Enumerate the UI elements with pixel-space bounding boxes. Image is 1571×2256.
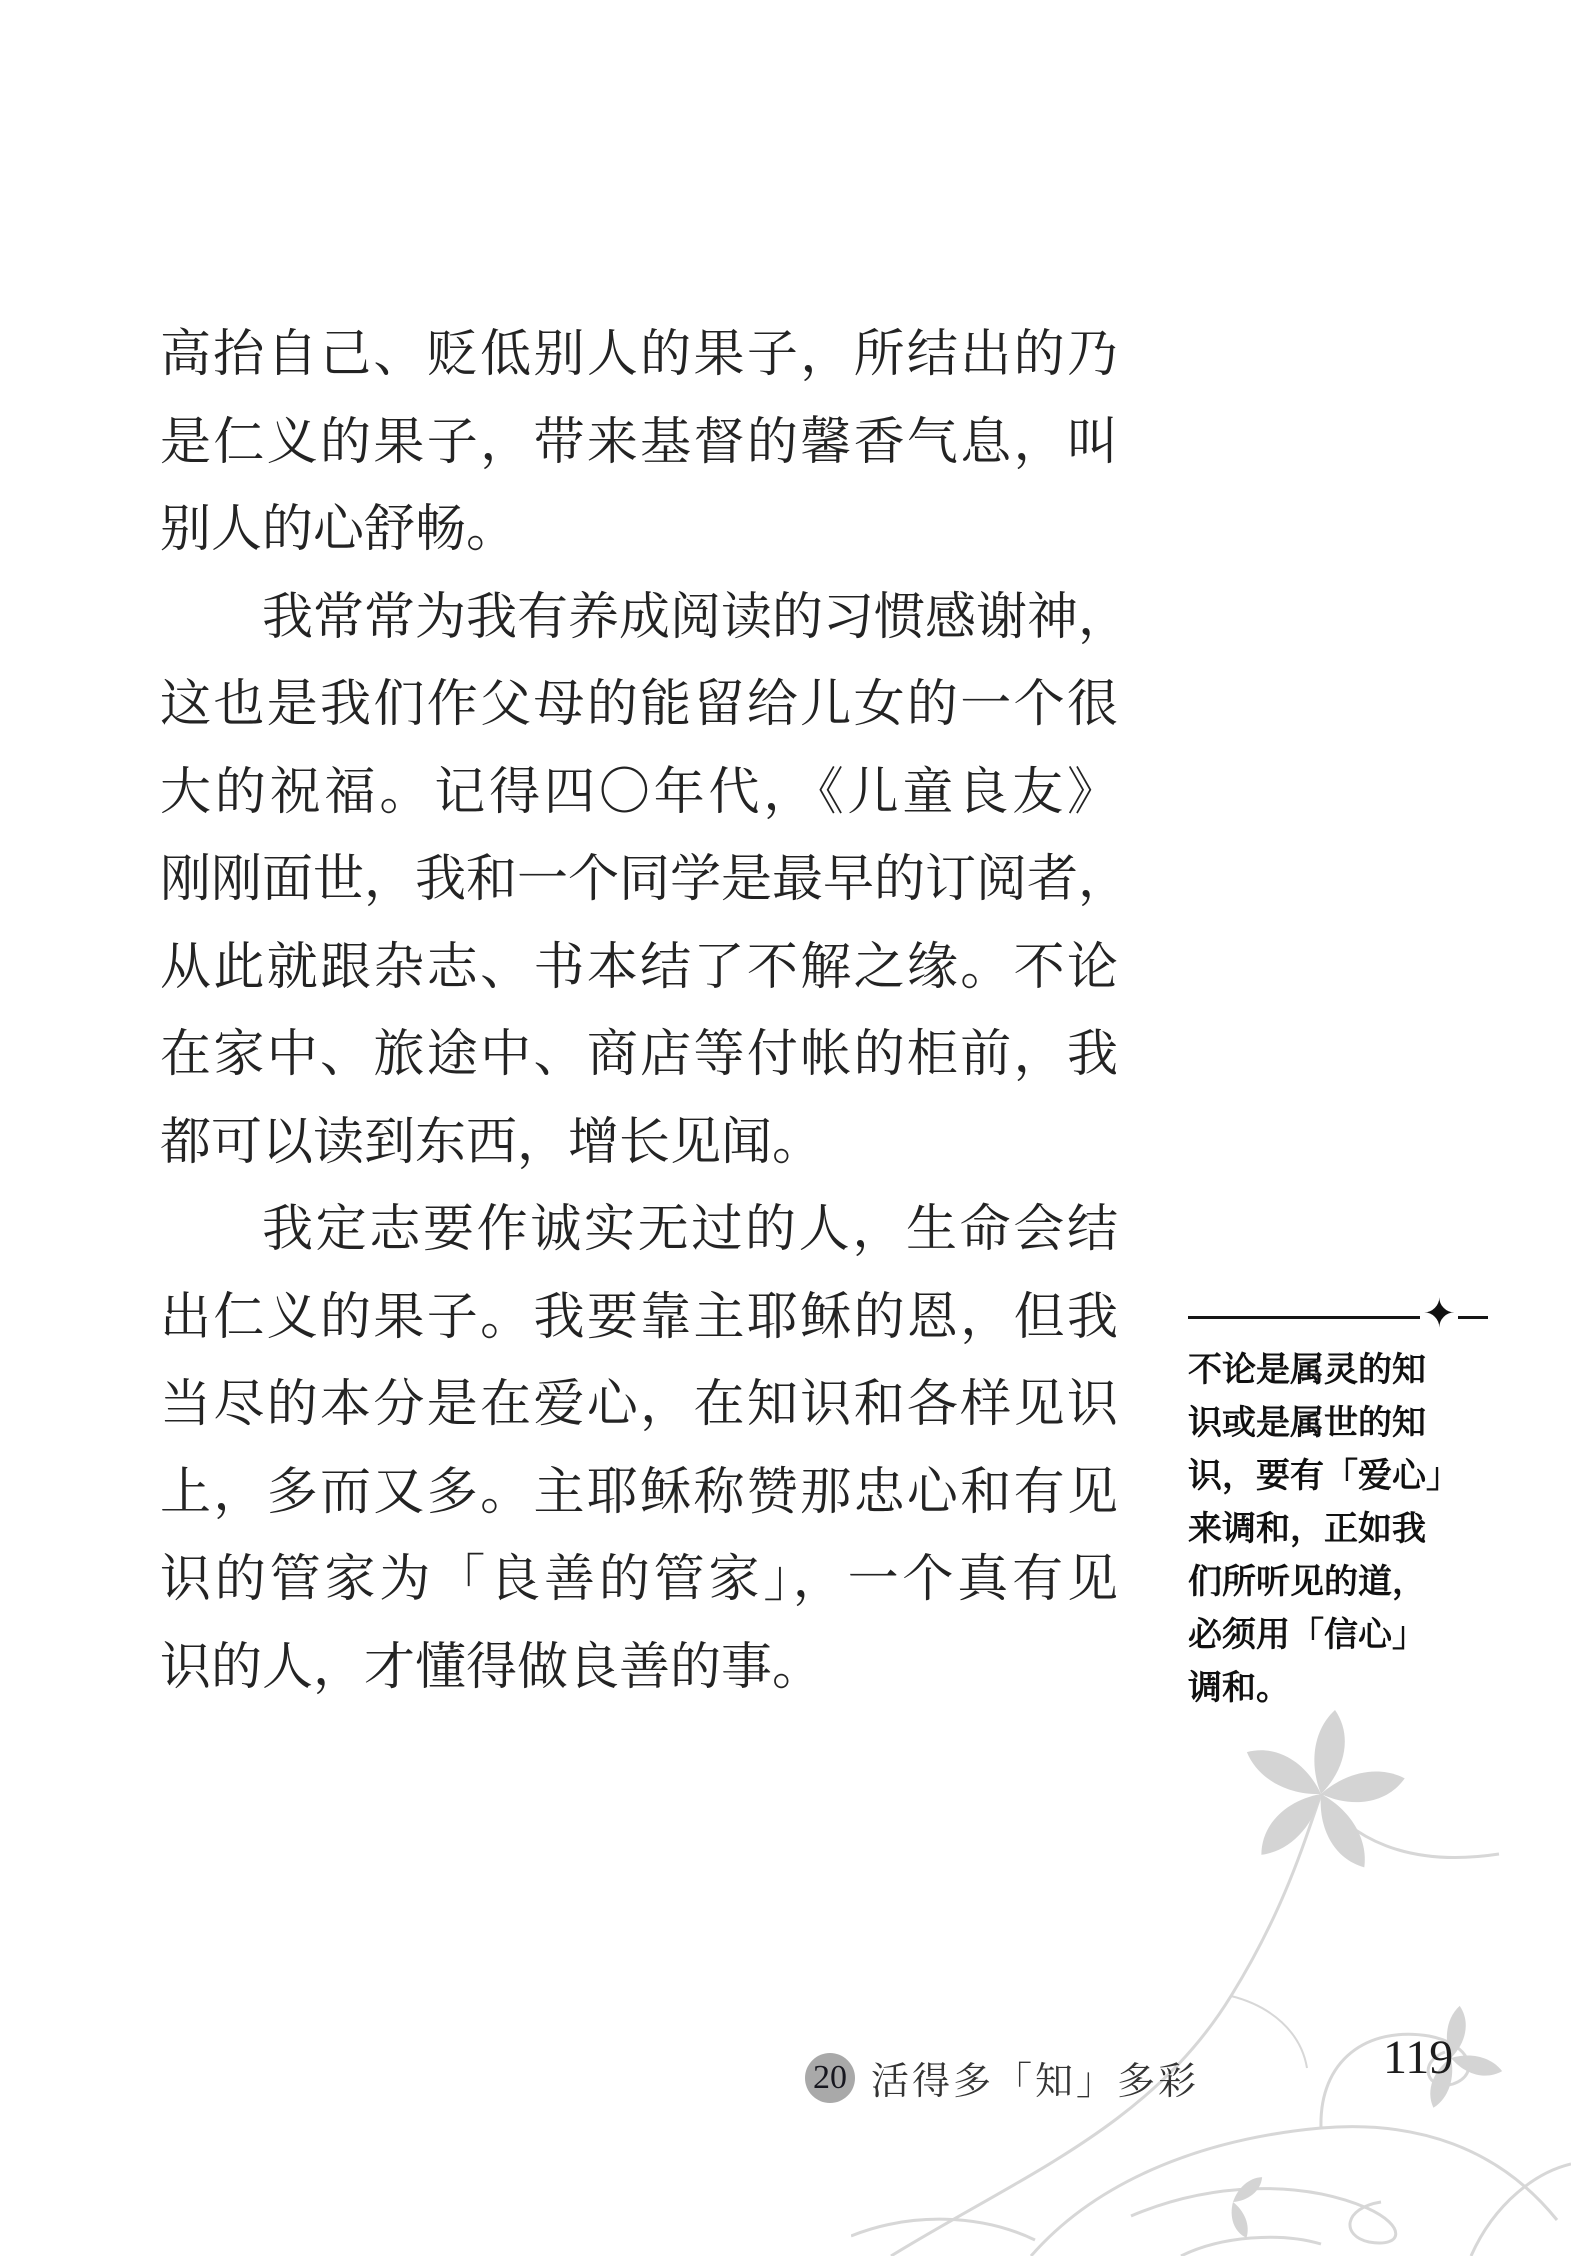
- text-line: 识的管家为「良善的管家」，一个真有见: [160, 1537, 1118, 1625]
- note-line: 不论是属灵的知: [1188, 1344, 1488, 1397]
- main-text-block: 高抬自己、贬低别人的果子，所结出的乃 是仁义的果子，带来基督的馨香气息，叫 别人…: [160, 312, 1118, 1712]
- sidebar-note: ✦ 不论是属灵的知 识或是属世的知 识，要有「爱心」 来调和，正如我 们所听见的…: [1188, 1296, 1488, 1715]
- divider-line-right: [1458, 1316, 1488, 1319]
- text-line: 从此就跟杂志、书本结了不解之缘。不论: [160, 925, 1118, 1013]
- text-line: 高抬自己、贬低别人的果子，所结出的乃: [160, 312, 1118, 400]
- floral-ornament: [851, 1696, 1571, 2256]
- note-line: 识或是属世的知: [1188, 1397, 1488, 1450]
- note-line: 来调和，正如我: [1188, 1503, 1488, 1556]
- note-line: 必须用「信心」: [1188, 1609, 1488, 1662]
- note-line: 们所听见的道，: [1188, 1556, 1488, 1609]
- text-line: 是仁义的果子，带来基督的馨香气息，叫: [160, 400, 1118, 488]
- text-line: 上，多而又多。主耶稣称赞那忠心和有见: [160, 1450, 1118, 1538]
- note-line: 识，要有「爱心」: [1188, 1450, 1488, 1503]
- running-footer: 20 活得多「知」多彩: [805, 2050, 1199, 2105]
- text-line: 别人的心舒畅。: [160, 487, 1118, 575]
- text-line: 在家中、旅途中、商店等付帐的柜前，我: [160, 1012, 1118, 1100]
- text-line: 我常常为我有养成阅读的习惯感谢神，: [160, 575, 1118, 663]
- text-line: 我定志要作诚实无过的人，生命会结: [160, 1187, 1118, 1275]
- text-line: 当尽的本分是在爱心，在知识和各样见识: [160, 1362, 1118, 1450]
- page-number: 119: [1383, 2030, 1453, 2085]
- chapter-title: 活得多「知」多彩: [871, 2050, 1199, 2105]
- text-line: 都可以读到东西，增长见闻。: [160, 1100, 1118, 1188]
- text-line: 这也是我们作父母的能留给儿女的一个很: [160, 662, 1118, 750]
- text-line: 大的祝福。记得四〇年代，《儿童良友》: [160, 750, 1118, 838]
- sparkle-star-icon: ✦: [1420, 1294, 1458, 1340]
- text-line: 出仁义的果子。我要靠主耶稣的恩，但我: [160, 1275, 1118, 1363]
- note-text-block: 不论是属灵的知 识或是属世的知 识，要有「爱心」 来调和，正如我 们所听见的道，…: [1188, 1344, 1488, 1715]
- divider-line-left: [1188, 1316, 1420, 1319]
- book-page: 高抬自己、贬低别人的果子，所结出的乃 是仁义的果子，带来基督的馨香气息，叫 别人…: [0, 0, 1571, 2256]
- chapter-number-badge: 20: [805, 2053, 855, 2103]
- text-line: 刚刚面世，我和一个同学是最早的订阅者，: [160, 837, 1118, 925]
- note-divider: ✦: [1188, 1296, 1488, 1338]
